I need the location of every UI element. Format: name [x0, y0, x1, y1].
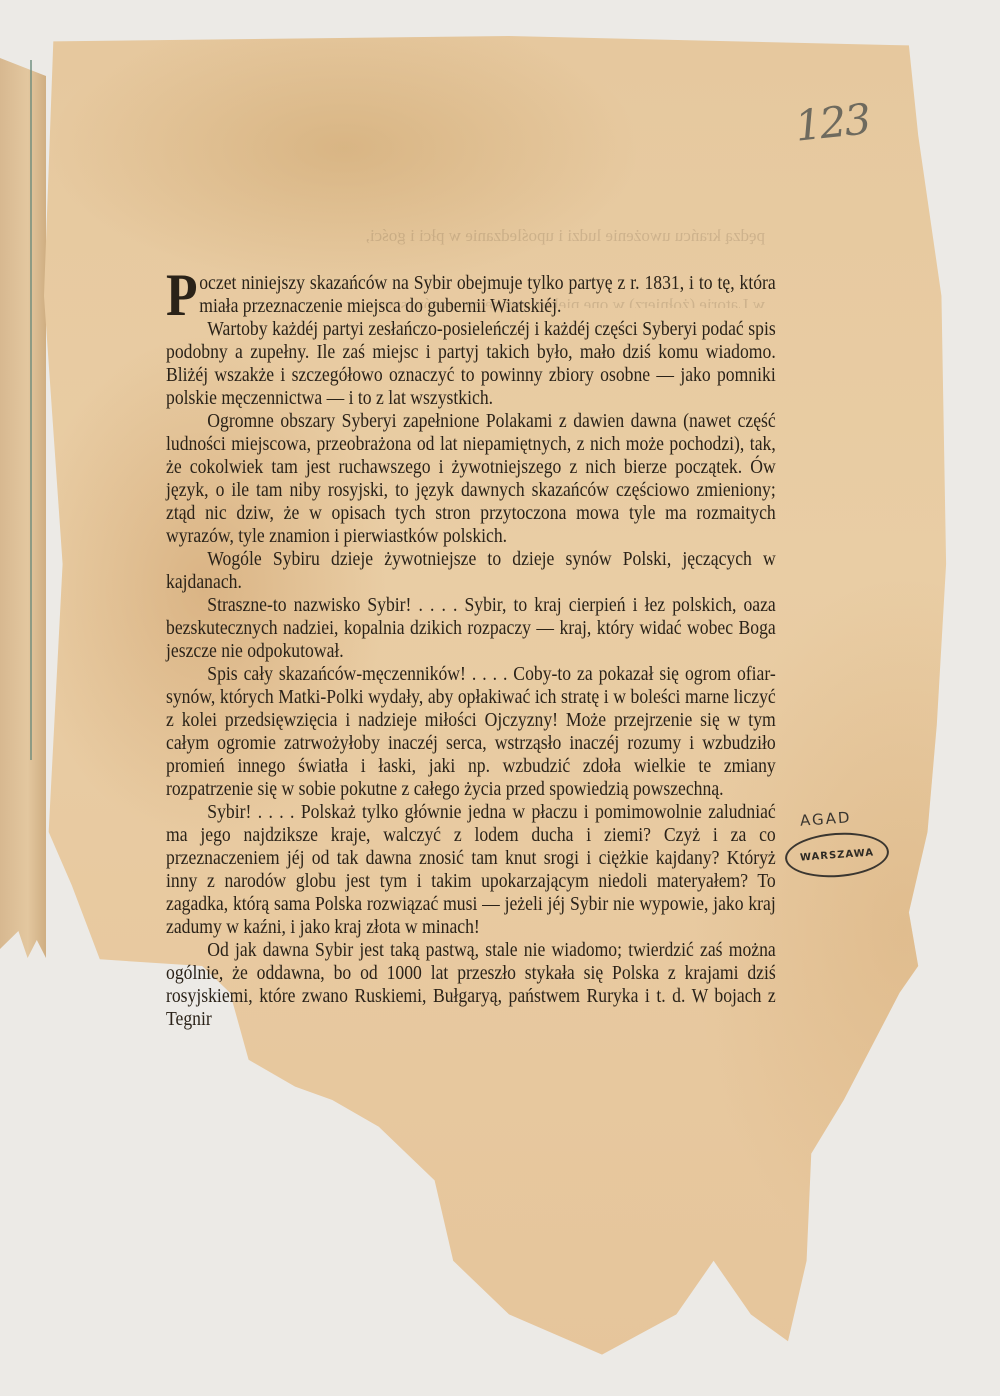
archive-stamp-label: AGAD [799, 808, 852, 830]
paragraph-5: Straszne-to nazwisko Sybir! . . . . Sybi… [166, 594, 776, 663]
paragraph-6: Spis cały skazańców-męczenników! . . . .… [166, 663, 776, 801]
paragraph-2: Wartoby każdéj partyi zesłańczo-posieleń… [166, 318, 776, 410]
archive-stamp-city: WARSZAWA [800, 847, 875, 863]
binding-thread [30, 60, 32, 760]
paragraph-1: Poczet niniejszy skazańców na Sybir obej… [166, 272, 776, 318]
body-text: Poczet niniejszy skazańców na Sybir obej… [166, 272, 691, 1031]
paragraph-8: Od jak dawna Sybir jest taką pastwą, sta… [166, 939, 776, 1031]
previous-leaf-spine [0, 58, 46, 958]
drop-cap: P [166, 272, 198, 318]
handwritten-page-number: 123 [793, 94, 872, 150]
paragraph-3: Ogromne obszary Syberyi zapełnione Polak… [166, 410, 776, 548]
paragraph-7: Sybir! . . . . Polskaż tylko głównie jed… [166, 801, 776, 939]
paragraph-4: Wogóle Sybiru dzieje żywotniejsze to dzi… [166, 548, 776, 594]
